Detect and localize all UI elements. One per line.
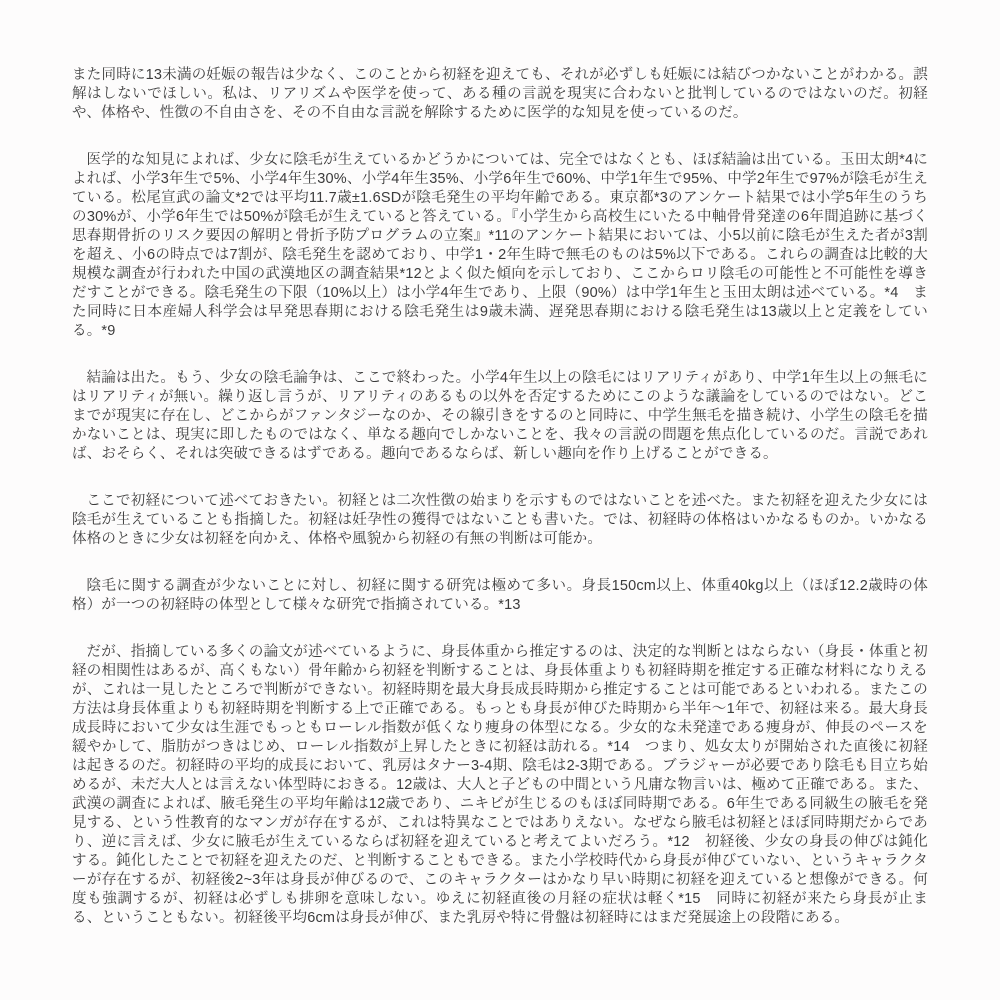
- paragraph: 陰毛に関する調査が少ないことに対し、初経に関する研究は極めて多い。身長150cm…: [72, 577, 928, 615]
- paragraph: だが、指摘している多くの論文が述べているように、身長体重から推定するのは、決定的…: [72, 643, 928, 928]
- document-body: また同時に13未満の妊娠の報告は少なく、このことから初経を迎えても、それが必ずし…: [0, 0, 1000, 996]
- paragraph: 医学的な知見によれば、少女に陰毛が生えているかどうかについては、完全ではなくとも…: [72, 151, 928, 341]
- paragraph: ここで初経について述べておきたい。初経とは二次性徴の始まりを示すものではないこと…: [72, 492, 928, 549]
- paragraph: また同時に13未満の妊娠の報告は少なく、このことから初経を迎えても、それが必ずし…: [72, 66, 928, 123]
- paragraph: 結論は出た。もう、少女の陰毛論争は、ここで終わった。小学4年生以上の陰毛にはリア…: [72, 369, 928, 464]
